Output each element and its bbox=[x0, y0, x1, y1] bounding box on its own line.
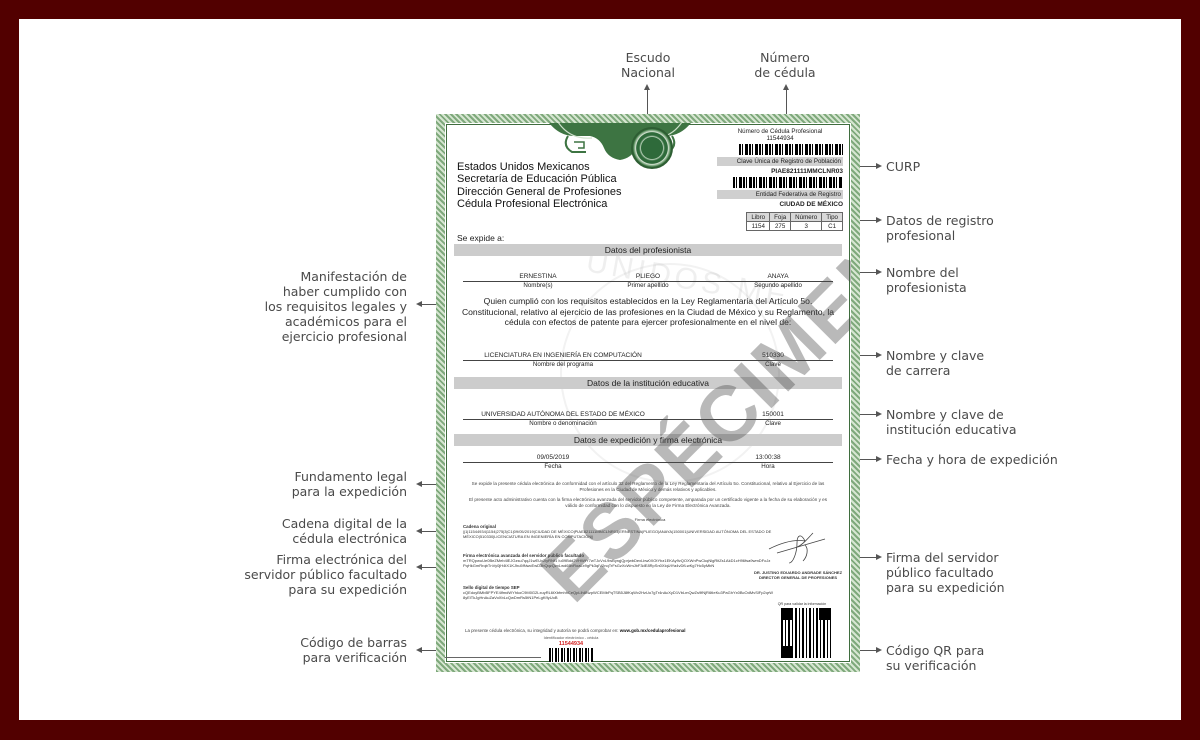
institucion-labels: Nombre o denominación Clave bbox=[463, 419, 833, 420]
annotation-qr: Código QR para su verificación bbox=[886, 643, 1066, 673]
arrow-left-icon bbox=[416, 564, 422, 570]
annotation-firma-electronica: Firma electrónica del servidor público f… bbox=[220, 552, 407, 597]
annotation-curp: CURP bbox=[886, 159, 1066, 174]
verification-barcode bbox=[549, 648, 593, 662]
arrow-right-icon bbox=[876, 411, 882, 417]
fundamento-legal-text: Se expide la presente cédula electrónica… bbox=[465, 481, 831, 493]
firma-electronica-label: Firma electrónica bbox=[595, 518, 705, 523]
arrow-right-icon bbox=[876, 554, 882, 560]
arrow-up-icon bbox=[644, 84, 650, 90]
annotation-codigo-barras: Código de barras para verificación bbox=[230, 635, 407, 665]
curp-value: PIAE821111MMCLNR03 bbox=[717, 168, 843, 175]
servidor-publico-name: DR. JUSTINO EDUARDO ANDRADE SÁNCHEZ DIRE… bbox=[753, 570, 843, 580]
annotation-registro: Datos de registro profesional bbox=[886, 213, 1066, 243]
arrow-right-icon bbox=[876, 352, 882, 358]
section-datos-institucion: Datos de la institución educativa bbox=[454, 377, 842, 389]
arrow-left-icon bbox=[416, 647, 422, 653]
escudo-banner-decoration bbox=[540, 123, 700, 166]
arrow-right-icon bbox=[876, 456, 882, 462]
numero-barcode bbox=[739, 144, 843, 155]
arrow-up-icon bbox=[783, 84, 789, 90]
arrow-right-icon bbox=[876, 647, 882, 653]
annotation-carrera: Nombre y clave de carrera bbox=[886, 348, 1066, 378]
arrow-right-icon bbox=[876, 217, 882, 223]
verification-subtitle: Identificador electrónico - cédula bbox=[541, 636, 601, 640]
annotation-cadena: Cadena digital de la cédula electrónica bbox=[230, 516, 407, 546]
verification-text: La presente cédula electrónica, su integ… bbox=[465, 628, 685, 633]
nombre-labels: Nombre(s) Primer apellido Segundo apelli… bbox=[463, 281, 833, 282]
annotation-firma-servidor: Firma del servidor público facultado par… bbox=[886, 550, 1066, 595]
curp-barcode bbox=[733, 177, 843, 188]
escudo-nacional-icon bbox=[631, 127, 673, 169]
annotation-manifestacion: Manifestación de haber cumplido con los … bbox=[230, 269, 407, 344]
annotation-fundamento: Fundamento legal para la expedición bbox=[230, 469, 407, 499]
expedicion-labels: Fecha Hora bbox=[463, 462, 833, 463]
arrow-right-icon bbox=[876, 269, 882, 275]
acto-administrativo-text: El presente acto administrativo cuenta c… bbox=[465, 497, 831, 509]
firma-servidor-digital: Firma electrónica avanzada del servidor … bbox=[463, 554, 773, 568]
entidad-value: CIUDAD DE MÉXICO bbox=[717, 201, 843, 208]
arrow-left-icon bbox=[416, 301, 422, 307]
se-expide-label: Se expide a: bbox=[457, 233, 504, 243]
annotation-fecha: Fecha y hora de expedición bbox=[886, 452, 1086, 467]
registro-table: Libro Foja Número Tipo 1154 275 3 C1 bbox=[746, 212, 843, 231]
arrow-left-icon bbox=[416, 528, 422, 534]
qr-label: QR para validar la información bbox=[767, 602, 837, 606]
sello-digital: Sello digital de tiempo SEP cQEdoyBMbBFP… bbox=[463, 586, 773, 600]
registration-box: Número de Cédula Profesional 11544934 Cl… bbox=[717, 128, 843, 231]
programa-labels: Nombre del programa Clave bbox=[463, 360, 833, 361]
arrow-left-icon bbox=[416, 481, 422, 487]
cadena-original: Cadena original ||1|11544934|1154|275|3|… bbox=[463, 525, 773, 539]
annotation-numero-cedula: Número de cédula bbox=[745, 50, 825, 80]
manifestacion-text: Quien cumplió con los requisitos estable… bbox=[457, 296, 839, 328]
verification-number: 11544934 bbox=[541, 641, 601, 647]
cedula-profesional-document: UNIDOS ME Estados Unidos Mexicanos Secre… bbox=[436, 114, 860, 672]
annotation-escudo-nacional: Escudo Nacional bbox=[608, 50, 688, 80]
section-datos-expedicion: Datos de expedición y firma electrónica bbox=[454, 434, 842, 446]
qr-code[interactable] bbox=[781, 608, 831, 658]
section-datos-profesionista: Datos del profesionista bbox=[454, 244, 842, 256]
annotation-nombre: Nombre del profesionista bbox=[886, 265, 1066, 295]
arrow-right-icon bbox=[876, 163, 882, 169]
issuer-header: Estados Unidos Mexicanos Secretaría de E… bbox=[457, 161, 621, 211]
annotation-institucion: Nombre y clave de institución educativa bbox=[886, 407, 1076, 437]
verification-url[interactable]: www.gob.mx/cedulaprofesional bbox=[620, 628, 686, 633]
numero-cedula: 11544934 bbox=[717, 135, 843, 142]
signature-graphic bbox=[767, 527, 829, 565]
